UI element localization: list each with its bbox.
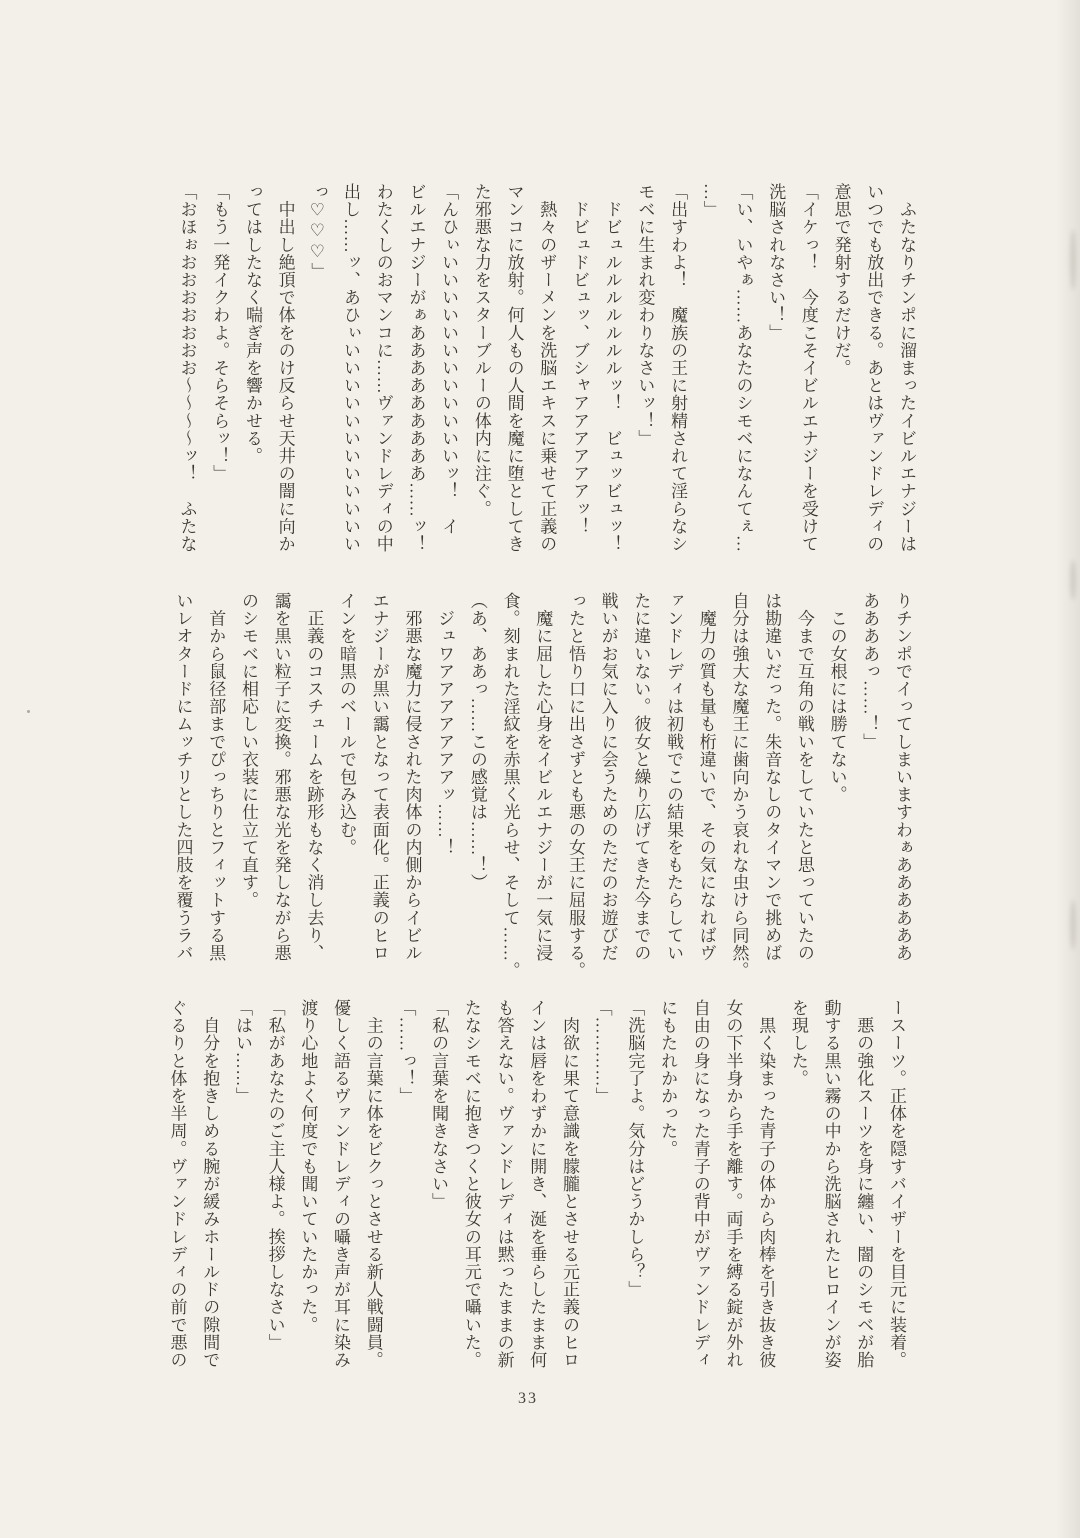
text-band-bottom: ースーツ。正体を隠すバイザーを目元に装着。 悪の強化スーツを身に纏い、闇のシモベ… [160, 999, 912, 1369]
text-column: 正義のコスチュームを跡形もなく消し去り、 [297, 592, 330, 979]
scan-streak [1070, 900, 1076, 950]
text-column: 「私があなたのご主人様よ。挨拶しなさい」 [258, 999, 291, 1369]
text-column: りチンポでイってしまいますわぁああああああ [885, 592, 918, 979]
text-column: インを暗黒のベールで包み込む。 [329, 592, 362, 979]
text-column: 「い、いやぁ……あなたのシモベになんてぇ… [726, 183, 759, 553]
text-column: エナジーが黒い靄となって表面化。正義のヒロ [362, 592, 395, 979]
text-band-middle: りチンポでイってしまいますわぁああああああああああっ……！」 この女根には勝てな… [166, 592, 918, 979]
text-column: 「……っ！」 [389, 999, 422, 1369]
text-column: この女根には勝てない。 [820, 592, 853, 979]
text-column: にもたれかかった。 [650, 999, 683, 1369]
text-column: 「…………」 [585, 999, 618, 1369]
scan-streak [1070, 230, 1076, 290]
text-column: 黒く染まった青子の体から肉棒を引き抜き彼 [748, 999, 781, 1369]
text-column: も答えない。ヴァンドレディは黙ったままの新 [487, 999, 520, 1369]
paper-background: ふたなりチンポに溜まったイビルエナジーはいつでも放出できる。あとはヴァンドレディ… [0, 0, 1080, 1538]
text-column: ビルエナジーがぁあああああああああ……ッ！ [399, 183, 432, 553]
text-column: 洗脳されなさい！」 [758, 183, 791, 553]
text-column: マンコに放射。何人もの人間を魔に堕としてき [497, 183, 530, 553]
text-column: 動する黒い霧の中から洗脳されたヒロインが姿 [814, 999, 847, 1369]
text-column: 今まで互角の戦いをしていたと思っていたの [787, 592, 820, 979]
text-column: 戦いがお気に入りに会うためのただのお遊びだ [591, 592, 624, 979]
scan-edge-shadow [1052, 0, 1080, 1538]
text-column: たなシモベに抱きつくと彼女の耳元で囁いた。 [454, 999, 487, 1369]
text-column: ったと悟り口に出さずとも悪の女王に屈服する。 [558, 592, 591, 979]
text-column: た邪悪な力をスターブルーの体内に注ぐ。 [464, 183, 497, 553]
text-column: 自由の身になった青子の背中がヴァンドレディ [683, 999, 716, 1369]
text-column: 靄を黒い粒子に変換。邪悪な光を発しながら悪 [264, 592, 297, 979]
text-column: 主の言葉に体をビクっとさせる新人戦闘員。 [356, 999, 389, 1369]
text-column: 肉欲に果て意識を朦朧とさせる元正義のヒロ [552, 999, 585, 1369]
text-column: 「洗脳完了よ。気分はどうかしら？」 [618, 999, 651, 1369]
text-column: たに違いない。彼女と繰り広げてきた今までの [624, 592, 657, 979]
text-column: 出し……ッ、あひぃいいいいいいいいいいいい [333, 183, 366, 553]
page-number: 33 [0, 1390, 1068, 1408]
scan-streak [1070, 560, 1076, 600]
text-column: 自分を抱きしめる腕が緩みホールドの隙間で [193, 999, 226, 1369]
text-column: ジュワアアアアアアアッ……！ [427, 592, 460, 979]
text-column: 首から鼠径部までぴっちりとフィットする黒 [199, 592, 232, 979]
text-column: わたくしのおマンコに……ヴァンドレディの中 [366, 183, 399, 553]
text-column: モベに生まれ変わりなさいッ！」 [628, 183, 661, 553]
text-column: 「んひぃいいいいいいいいいいいいッ！ イ [431, 183, 464, 553]
text-column: いつでも放出できる。あとはヴァンドレディの [857, 183, 890, 553]
scanned-page: { "colors": { "paper": "#f3f0ea", "ink":… [0, 0, 1080, 1538]
text-column: 「はい……」 [225, 999, 258, 1369]
text-column: ってはしたなく喘ぎ声を響かせる。 [235, 183, 268, 553]
text-column: っ♡♡♡」 [301, 183, 334, 553]
text-column: 「出すわよ！ 魔族の王に射精されて淫らなシ [660, 183, 693, 553]
text-column: ァンドレディは初戦でこの結果をもたらしてい [656, 592, 689, 979]
text-column: 中出し絶頂で体をのけ反らせ天井の闇に向か [268, 183, 301, 553]
text-column: ああああっ……！」 [853, 592, 886, 979]
text-column: 「もう一発イクわよ。そらそらッ！」 [203, 183, 236, 553]
text-column: 女の下半身から手を離す。両手を縛る錠が外れ [716, 999, 749, 1369]
text-column: インは唇をわずかに開き、涎を垂らしたまま何 [520, 999, 553, 1369]
text-column: 「おほぉおおおおおおお〜〜〜〜ッ！ ふたな [170, 183, 203, 553]
scan-speck [27, 710, 30, 713]
text-column: 邪悪な魔力に侵された肉体の内側からイビル [395, 592, 428, 979]
text-column: 悪の強化スーツを身に纏い、闇のシモベが胎 [847, 999, 880, 1369]
text-column: ドビュドビュッ、ブシャアアアアアアッ！ [562, 183, 595, 553]
text-column: 「私の言葉を聞きなさい」 [421, 999, 454, 1369]
text-column: 優しく語るヴァンドレディの囁き声が耳に染み [323, 999, 356, 1369]
text-column: 渡り心地よく何度でも聞いていたかった。 [291, 999, 324, 1369]
text-column: 熱々のザーメンを洗脳エキスに乗せて正義の [530, 183, 563, 553]
text-band-top: ふたなりチンポに溜まったイビルエナジーはいつでも放出できる。あとはヴァンドレディ… [170, 183, 922, 553]
text-column: 自分は強大な魔王に歯向かう哀れな虫けら同然。 [722, 592, 755, 979]
text-column: は勘違いだった。朱音なしのタイマンで挑めば [754, 592, 787, 979]
text-column: 意思で発射するだけだ。 [824, 183, 857, 553]
text-column: を現した。 [781, 999, 814, 1369]
text-column: 「イケっ！ 今度こそイビルエナジーを受けて [791, 183, 824, 553]
text-column: ふたなりチンポに溜まったイビルエナジーは [889, 183, 922, 553]
text-column: 魔力の質も量も桁違いで、その気になればヴ [689, 592, 722, 979]
text-column: （あ、ああっ……この感覚は……！） [460, 592, 493, 979]
text-column: 食。刻まれた淫紋を赤黒く光らせ、そして……。 [493, 592, 526, 979]
text-column: のシモベに相応しい衣装に仕立て直す。 [231, 592, 264, 979]
text-column: ぐるりと体を半周。ヴァンドレディの前で悪の [160, 999, 193, 1369]
text-column: ドビュルルルルルルルッ！ ビュッビュッ！ [595, 183, 628, 553]
text-column: ースーツ。正体を隠すバイザーを目元に装着。 [879, 999, 912, 1369]
text-column: いレオタードにムッチリとした四肢を覆うラバ [166, 592, 199, 979]
text-column: 魔に屈した心身をイビルエナジーが一気に浸 [526, 592, 559, 979]
text-column: …」 [693, 183, 726, 553]
